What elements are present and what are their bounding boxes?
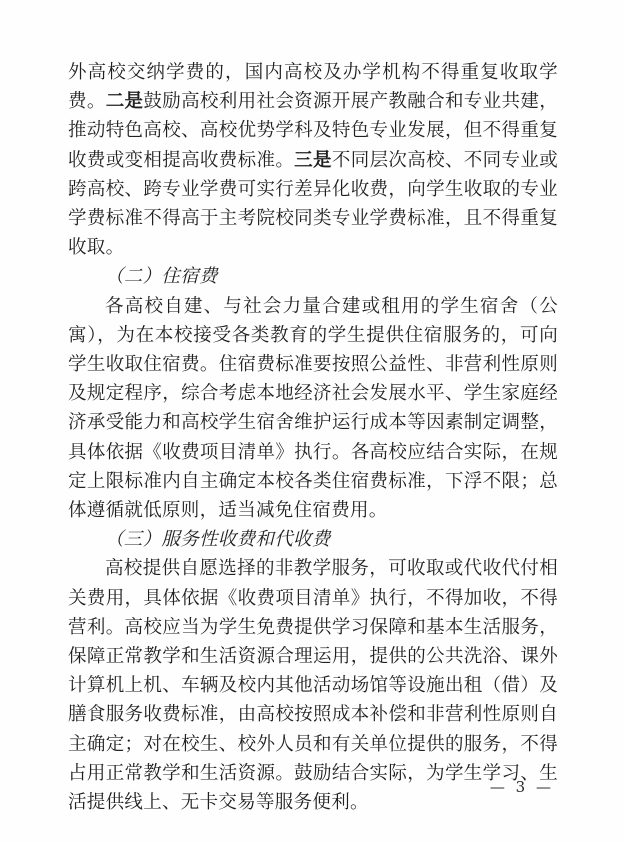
bold-marker-san-shi: 三是 [294, 150, 332, 171]
document-body: 外高校交纳学费的，国内高校及办学机构不得重复收取学费。二是鼓励高校利用社会资源开… [68, 58, 558, 817]
heading-service-fees: （三）服务性收费和代收费 [68, 525, 558, 554]
bold-marker-er-shi: 二是 [106, 91, 144, 112]
paragraph-tuition-rules: 外高校交纳学费的，国内高校及办学机构不得重复收取学费。二是鼓励高校利用社会资源开… [68, 58, 558, 262]
text-run: 各高校自建、与社会力量合建或租用的学生宿舍（公寓），为在本校接受各类教育的学生提… [68, 296, 558, 521]
paragraph-service-fees: 高校提供自愿选择的非教学服务，可收取或代收代付相关费用，具体依据《收费项目清单》… [68, 554, 558, 817]
document-page: 外高校交纳学费的，国内高校及办学机构不得重复收取学费。二是鼓励高校利用社会资源开… [0, 0, 624, 842]
heading-accommodation-fee: （二）住宿费 [68, 262, 558, 291]
page-number: — 3 — [490, 778, 554, 796]
paragraph-accommodation-fee: 各高校自建、与社会力量合建或租用的学生宿舍（公寓），为在本校接受各类教育的学生提… [68, 292, 558, 526]
page-footer: — 3 — [490, 778, 554, 796]
text-run: 高校提供自愿选择的非教学服务，可收取或代收代付相关费用，具体依据《收费项目清单》… [68, 558, 558, 813]
